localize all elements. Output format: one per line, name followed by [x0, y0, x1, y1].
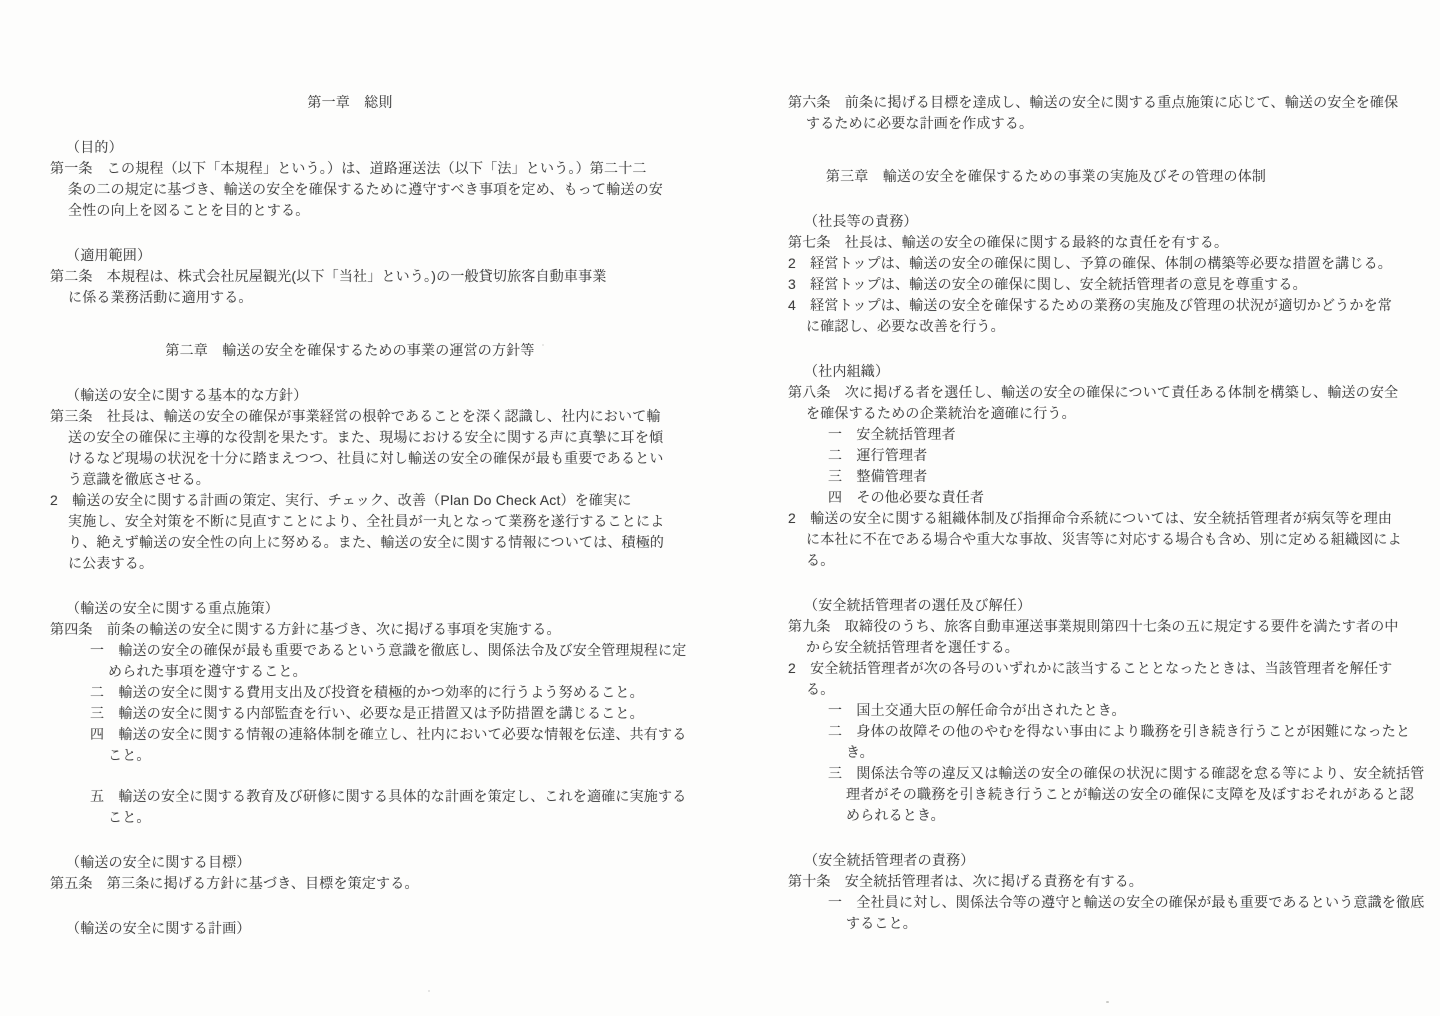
- paragraph-line: 2 輸送の安全に関する計画の策定、実行、チェック、改善（Plan Do Chec…: [50, 490, 650, 511]
- paragraph-line: 第一条 この規程（以下「本規程」という。）は、道路運送法（以下「法」という。）第…: [50, 158, 650, 179]
- scan-noise-speck: [428, 990, 430, 992]
- paragraph-line: 第六条 前条に掲げる目標を達成し、輸送の安全に関する重点施策に応じて、輸送の安全…: [788, 92, 1404, 113]
- paragraph-line: 一 安全統括管理者: [788, 424, 1404, 445]
- article-title-label: （輸送の安全に関する計画）: [50, 918, 650, 939]
- paragraph: 第九条 取締役のうち、旅客自動車運送事業規則第四十七条の五に規定する要件を満たす…: [788, 616, 1404, 826]
- paragraph: 2 輸送の安全に関する計画の策定、実行、チェック、改善（Plan Do Chec…: [50, 490, 650, 574]
- paragraph-line: る。: [788, 679, 1404, 700]
- article-title-label: （安全統括管理者の選任及び解任）: [788, 595, 1404, 616]
- article-title-label: （安全統括管理者の責務）: [788, 850, 1404, 871]
- paragraph-line: 4 経営トップは、輸送の安全を確保するための業務の実施及び管理の状況が適切かどう…: [788, 295, 1404, 316]
- paragraph-line: するために必要な計画を作成する。: [788, 113, 1404, 134]
- paragraph: 第二条 本規程は、株式会社尻屋観光(以下「当社」という。)の一般貸切旅客自動車事…: [50, 266, 650, 308]
- paragraph: 第四条 前条の輸送の安全に関する方針に基づき、次に掲げる事項を実施する。一 輸送…: [50, 619, 650, 766]
- chapter-heading: 第一章 総則: [50, 92, 650, 113]
- page-right: 第六条 前条に掲げる目標を達成し、輸送の安全に関する重点施策に応じて、輸送の安全…: [788, 0, 1404, 934]
- paragraph-line: 第三条 社長は、輸送の安全の確保が事業経営の根幹であることを深く認識し、社内にお…: [50, 406, 650, 427]
- list-gap: [50, 766, 650, 786]
- paragraph-line: 第四条 前条の輸送の安全に関する方針に基づき、次に掲げる事項を実施する。: [50, 619, 650, 640]
- article-title-label: （社長等の責務）: [788, 211, 1404, 232]
- paragraph-line: う意識を徹底させる。: [50, 469, 650, 490]
- paragraph-line: 三 関係法令等の違反又は輸送の安全の確保の状況に関する確認を怠る等により、安全統…: [788, 763, 1404, 784]
- paragraph-line: 四 その他必要な責任者: [788, 487, 1404, 508]
- paragraph: 第六条 前条に掲げる目標を達成し、輸送の安全に関する重点施策に応じて、輸送の安全…: [788, 92, 1404, 134]
- article-title-label: （輸送の安全に関する基本的な方針）: [50, 385, 650, 406]
- paragraph-line: 二 運行管理者: [788, 445, 1404, 466]
- paragraph-line: 第二条 本規程は、株式会社尻屋観光(以下「当社」という。)の一般貸切旅客自動車事…: [50, 266, 650, 287]
- paragraph-line: 送の安全の確保に主導的な役割を果たす。また、現場における安全に関する声に真摯に耳…: [50, 427, 650, 448]
- scan-noise-speck: [542, 344, 544, 346]
- paragraph-line: 四 輸送の安全に関する情報の連絡体制を確立し、社内において必要な情報を伝達、共有…: [50, 724, 650, 745]
- scan-noise-speck: [1106, 1001, 1109, 1003]
- paragraph: 第三条 社長は、輸送の安全の確保が事業経営の根幹であることを深く認識し、社内にお…: [50, 406, 650, 490]
- paragraph-line: 全性の向上を図ることを目的とする。: [50, 200, 650, 221]
- paragraph-line: 第八条 次に掲げる者を選任し、輸送の安全の確保について責任ある体制を構築し、輸送…: [788, 382, 1404, 403]
- paragraph-line: 三 輸送の安全に関する内部監査を行い、必要な是正措置又は予防措置を講じること。: [50, 703, 650, 724]
- paragraph-line: けるなど現場の状況を十分に踏まえつつ、社員に対し輸送の安全の確保が最も重要である…: [50, 448, 650, 469]
- paragraph-line: に係る業務活動に適用する。: [50, 287, 650, 308]
- paragraph-line: 第七条 社長は、輸送の安全の確保に関する最終的な責任を有する。: [788, 232, 1404, 253]
- paragraph-line: 2 安全統括管理者が次の各号のいずれかに該当することとなったときは、当該管理者を…: [788, 658, 1404, 679]
- article-title-label: （輸送の安全に関する重点施策）: [50, 598, 650, 619]
- chapter-heading: 第三章 輸送の安全を確保するための事業の実施及びその管理の体制: [788, 166, 1404, 187]
- paragraph-line: 二 身体の故障その他のやむを得ない事由により職務を引き続き行うことが困難になった…: [788, 721, 1404, 742]
- paragraph-line: に公表する。: [50, 553, 650, 574]
- paragraph: 第七条 社長は、輸送の安全の確保に関する最終的な責任を有する。2 経営トップは、…: [788, 232, 1404, 337]
- paragraph: 五 輸送の安全に関する教育及び研修に関する具体的な計画を策定し、これを適確に実施…: [50, 786, 650, 828]
- paragraph-line: 二 輸送の安全に関する費用支出及び投資を積極的かつ効率的に行うよう努めること。: [50, 682, 650, 703]
- paragraph-line: 第九条 取締役のうち、旅客自動車運送事業規則第四十七条の五に規定する要件を満たす…: [788, 616, 1404, 637]
- paragraph-line: 五 輸送の安全に関する教育及び研修に関する具体的な計画を策定し、これを適確に実施…: [50, 786, 650, 807]
- document-scan: 第一章 総則（目的）第一条 この規程（以下「本規程」という。）は、道路運送法（以…: [0, 0, 1440, 1016]
- paragraph-line: から安全統括管理者を選任する。: [788, 637, 1404, 658]
- paragraph: 第十条 安全統括管理者は、次に掲げる責務を有する。一 全社員に対し、関係法令等の…: [788, 871, 1404, 934]
- paragraph-line: り、絶えず輸送の安全性の向上に努める。また、輸送の安全に関する情報については、積…: [50, 532, 650, 553]
- paragraph-line: 三 整備管理者: [788, 466, 1404, 487]
- paragraph-line: 3 経営トップは、輸送の安全の確保に関し、安全統括管理者の意見を尊重する。: [788, 274, 1404, 295]
- paragraph-line: に本社に不在である場合や重大な事故、災害等に対応する場合も含め、別に定める組織図…: [788, 529, 1404, 550]
- paragraph-line: 一 輸送の安全の確保が最も重要であるという意識を徹底し、関係法令及び安全管理規程…: [50, 640, 650, 661]
- paragraph-line: き。: [788, 742, 1404, 763]
- paragraph-line: 2 経営トップは、輸送の安全の確保に関し、予算の確保、体制の構築等必要な措置を講…: [788, 253, 1404, 274]
- paragraph-line: すること。: [788, 913, 1404, 934]
- paragraph-line: こと。: [50, 807, 650, 828]
- paragraph-line: められるとき。: [788, 805, 1404, 826]
- paragraph-line: 条の二の規定に基づき、輸送の安全を確保するために遵守すべき事項を定め、もって輸送…: [50, 179, 650, 200]
- paragraph: 第八条 次に掲げる者を選任し、輸送の安全の確保について責任ある体制を構築し、輸送…: [788, 382, 1404, 571]
- paragraph-line: 第五条 第三条に掲げる方針に基づき、目標を策定する。: [50, 873, 650, 894]
- chapter-heading: 第二章 輸送の安全を確保するための事業の運営の方針等: [50, 340, 650, 361]
- paragraph-line: 実施し、安全対策を不断に見直すことにより、全社員が一丸となって業務を遂行すること…: [50, 511, 650, 532]
- paragraph-line: 理者がその職務を引き続き行うことが輸送の安全の確保に支障を及ぼすおそれがあると認: [788, 784, 1404, 805]
- paragraph: 第一条 この規程（以下「本規程」という。）は、道路運送法（以下「法」という。）第…: [50, 158, 650, 221]
- paragraph-line: 2 輸送の安全に関する組織体制及び指揮命令系統については、安全統括管理者が病気等…: [788, 508, 1404, 529]
- paragraph-line: こと。: [50, 745, 650, 766]
- paragraph: 第五条 第三条に掲げる方針に基づき、目標を策定する。: [50, 873, 650, 894]
- paragraph-line: 第十条 安全統括管理者は、次に掲げる責務を有する。: [788, 871, 1404, 892]
- article-title-label: （輸送の安全に関する目標）: [50, 852, 650, 873]
- paragraph-line: に確認し、必要な改善を行う。: [788, 316, 1404, 337]
- article-title-label: （目的）: [50, 137, 650, 158]
- paragraph-line: められた事項を遵守すること。: [50, 661, 650, 682]
- paragraph-line: 一 国土交通大臣の解任命令が出されたとき。: [788, 700, 1404, 721]
- paragraph-line: る。: [788, 550, 1404, 571]
- paragraph-line: を確保するための企業統治を適確に行う。: [788, 403, 1404, 424]
- paragraph-line: 一 全社員に対し、関係法令等の遵守と輸送の安全の確保が最も重要であるという意識を…: [788, 892, 1404, 913]
- article-title-label: （適用範囲）: [50, 245, 650, 266]
- page-left: 第一章 総則（目的）第一条 この規程（以下「本規程」という。）は、道路運送法（以…: [50, 0, 650, 939]
- article-title-label: （社内組織）: [788, 361, 1404, 382]
